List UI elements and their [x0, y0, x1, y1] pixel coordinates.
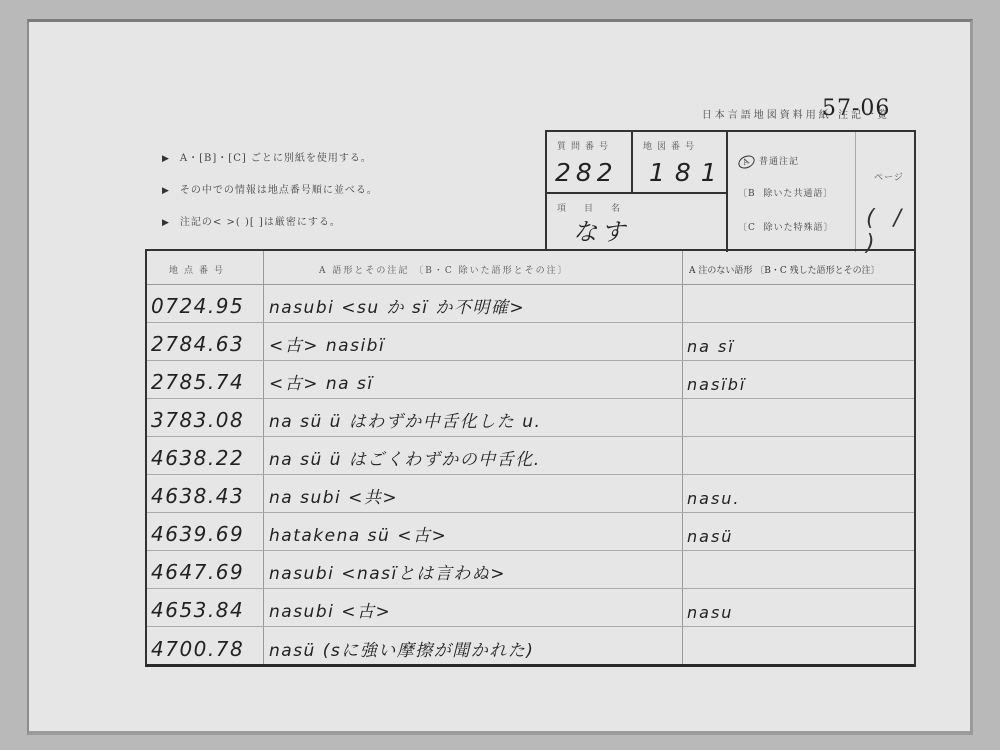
question-number-field: 質問番号 282: [547, 132, 633, 194]
question-number-value: 282: [555, 158, 618, 187]
point-number-cell: 4647.69: [151, 560, 244, 584]
circle-mark-icon: A: [736, 152, 756, 170]
option-b-key: 〔B: [738, 189, 756, 199]
annotated-form-cell: nasü (sに強い摩擦が聞かれた): [269, 636, 534, 661]
map-number-field: 地図番号 181: [633, 132, 728, 194]
option-a-label: 普通注記: [759, 157, 799, 167]
table-row: 2784.63<古> nasibïna sï: [147, 323, 914, 361]
item-name-field: 項目名 なす: [547, 194, 728, 252]
page-label: ページ: [874, 170, 904, 183]
plain-form-cell: na sï: [687, 337, 735, 356]
annotation-table: 地点番号 A 語形とその注記 〔B・C 除いた語形とその注〕 A 注のない語形 …: [145, 249, 916, 667]
map-number-value: 181: [649, 158, 727, 187]
annotated-form-cell: hatakena sü <古>: [269, 521, 447, 546]
page-field: ページ ( / ): [856, 132, 916, 252]
plain-form-cell: nasu: [687, 603, 733, 622]
point-number-cell: 0724.95: [151, 294, 244, 318]
table-row: 0724.95nasubi <su か sï か不明確>: [147, 285, 914, 323]
annotated-form-cell: na sü ü はわずか中舌化した u.: [269, 407, 541, 432]
point-number-cell: 2785.74: [151, 370, 244, 394]
triangle-bullet-icon: ▶: [162, 152, 170, 166]
instruction-text: その中での情報は地点番号順に並べる。: [180, 184, 378, 198]
instruction-item: ▶ 注記の< >( )[ ]は厳密にする。: [162, 216, 378, 248]
table-header: 地点番号 A 語形とその注記 〔B・C 除いた語形とその注〕 A 注のない語形 …: [147, 251, 914, 285]
annotated-form-cell: nasubi <su か sï か不明確>: [269, 293, 525, 318]
table-row: 3783.08na sü ü はわずか中舌化した u.: [147, 399, 914, 437]
annotated-form-cell: nasubi <古>: [269, 597, 391, 622]
table-body: 0724.95nasubi <su か sï か不明確>2784.63<古> n…: [147, 285, 914, 665]
table-row: 4638.43na subi <共>nasu.: [147, 475, 914, 513]
column-header-annotated-form: A 語形とその注記 〔B・C 除いた語形とその注〕: [319, 263, 569, 276]
annotated-form-cell: nasubi <nasïとは言わぬ>: [269, 559, 506, 584]
table-row: 4638.22na sü ü はごくわずかの中舌化.: [147, 437, 914, 475]
header-box: 質問番号 282 地図番号 181 項目名 なす A普通注記 〔B 除いた共通語…: [545, 130, 916, 250]
option-b-label: 除いた共通語〕: [763, 189, 833, 199]
item-name-value: なす: [573, 212, 629, 247]
map-number-label: 地図番号: [643, 139, 699, 152]
option-a: A普通注記: [738, 154, 799, 168]
annotation-type-options: A普通注記 〔B 除いた共通語〕 〔C 除いた特殊語〕: [728, 132, 856, 252]
point-number-cell: 3783.08: [151, 408, 244, 432]
table-row: 4647.69nasubi <nasïとは言わぬ>: [147, 551, 914, 589]
plain-form-cell: nasïbï: [687, 375, 746, 394]
annotated-form-cell: <古> nasibï: [269, 331, 385, 356]
instruction-item: ▶ A・[B]・[C] ごとに別紙を使用する。: [162, 152, 378, 184]
option-c-key: 〔C: [738, 223, 756, 233]
form-number: 57-06: [822, 96, 890, 121]
point-number-cell: 4700.78: [151, 637, 244, 661]
question-number-label: 質問番号: [557, 139, 613, 152]
option-b: 〔B 除いた共通語〕: [738, 186, 833, 199]
instruction-item: ▶ その中での情報は地点番号順に並べる。: [162, 184, 378, 216]
annotated-form-cell: <古> na sï: [269, 369, 374, 394]
instruction-text: A・[B]・[C] ごとに別紙を使用する。: [180, 152, 372, 166]
point-number-cell: 4638.43: [151, 484, 244, 508]
annotated-form-cell: na sü ü はごくわずかの中舌化.: [269, 445, 541, 470]
column-header-plain-form: A 注のない語形 〔B・C 残した語形とその注〕: [689, 263, 880, 276]
triangle-bullet-icon: ▶: [162, 184, 170, 198]
point-number-cell: 4653.84: [151, 598, 244, 622]
instructions-list: ▶ A・[B]・[C] ごとに別紙を使用する。 ▶ その中での情報は地点番号順に…: [162, 152, 378, 248]
triangle-bullet-icon: ▶: [162, 216, 170, 230]
option-c-label: 除いた特殊語〕: [764, 223, 834, 233]
table-row: 4653.84nasubi <古>nasu: [147, 589, 914, 627]
plain-form-cell: nasü: [687, 527, 733, 546]
table-row: 4700.78nasü (sに強い摩擦が聞かれた): [147, 627, 914, 665]
point-number-cell: 2784.63: [151, 332, 244, 356]
annotated-form-cell: na subi <共>: [269, 483, 398, 508]
instruction-text: 注記の< >( )[ ]は厳密にする。: [180, 216, 341, 230]
column-header-point-number: 地点番号: [169, 263, 229, 276]
plain-form-cell: nasu.: [687, 489, 741, 508]
table-row: 2785.74<古> na sïnasïbï: [147, 361, 914, 399]
point-number-cell: 4639.69: [151, 522, 244, 546]
point-number-cell: 4638.22: [151, 446, 244, 470]
option-c: 〔C 除いた特殊語〕: [738, 220, 834, 233]
table-row: 4639.69hatakena sü <古>nasü: [147, 513, 914, 551]
